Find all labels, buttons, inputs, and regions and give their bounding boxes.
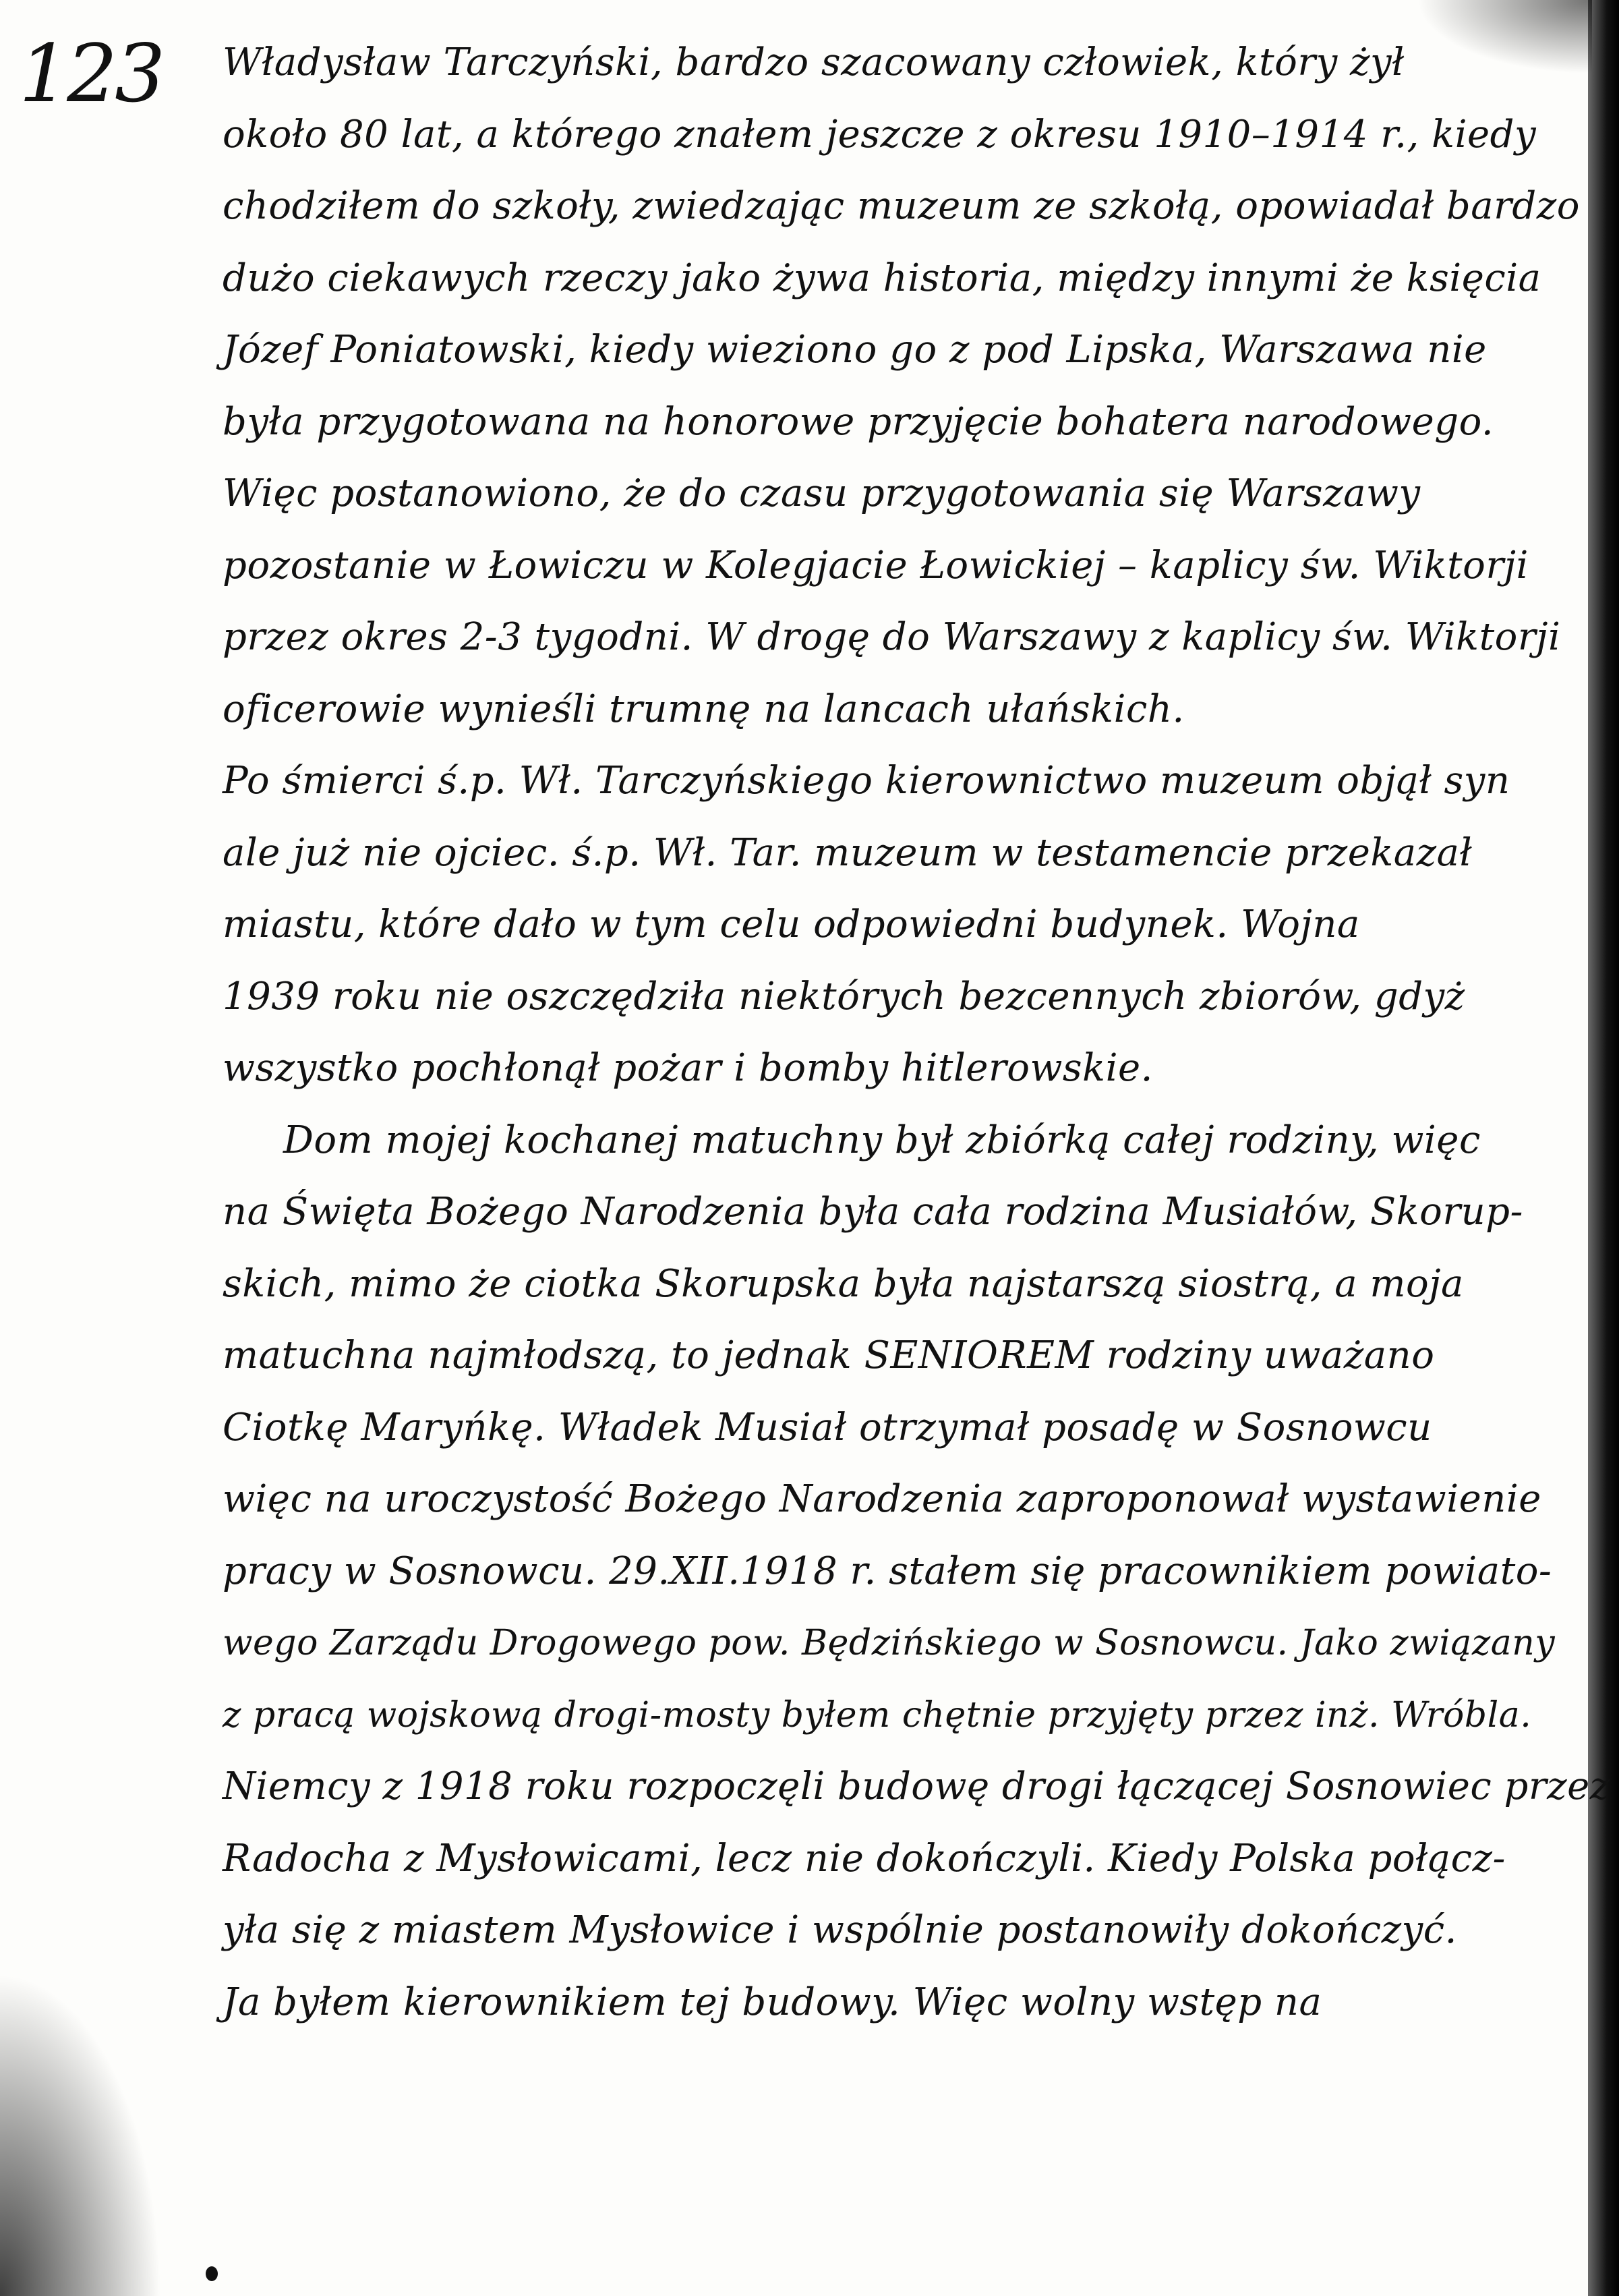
text-line: Ciotkę Maryńkę. Władek Musiał otrzymał p… — [223, 1392, 1537, 1464]
text-line: chodziłem do szkoły, zwiedzając muzeum z… — [223, 171, 1537, 243]
scan-smudge — [0, 1972, 162, 2296]
text-line: była przygotowana na honorowe przyjęcie … — [223, 386, 1537, 459]
text-line: wego Zarządu Drogowego pow. Będzińskiego… — [223, 1607, 1537, 1680]
ink-dot-mark — [206, 2266, 218, 2281]
text-line: oficerowie wynieśli trumnę na lancach uł… — [223, 674, 1537, 746]
text-line: Ja byłem kierownikiem tej budowy. Więc w… — [223, 1967, 1537, 2039]
text-line: pozostanie w Łowiczu w Kolegjacie Łowick… — [223, 530, 1537, 602]
page-number: 123 — [19, 27, 163, 120]
text-line: około 80 lat, a którego znałem jeszcze z… — [223, 99, 1537, 171]
text-line: yła się z miastem Mysłowice i wspólnie p… — [223, 1895, 1537, 1967]
text-line: Niemcy z 1918 roku rozpoczęli budowę dro… — [223, 1751, 1537, 1823]
text-line: Radocha z Mysłowicami, lecz nie dokończy… — [223, 1823, 1537, 1895]
text-line: na Święta Bożego Narodzenia była cała ro… — [223, 1176, 1537, 1249]
text-line: więc na uroczystość Bożego Narodzenia za… — [223, 1464, 1537, 1536]
text-line: wszystko pochłonął pożar i bomby hitlero… — [223, 1033, 1537, 1105]
text-line: przez okres 2-3 tygodni. W drogę do Wars… — [223, 602, 1537, 674]
manuscript-page: 123 Władysław Tarczyński, bardzo szacowa… — [0, 0, 1619, 2296]
scan-dark-edge — [1588, 0, 1619, 2296]
text-line: Władysław Tarczyński, bardzo szacowany c… — [223, 27, 1537, 99]
text-line: Więc postanowiono, że do czasu przygotow… — [223, 458, 1537, 530]
text-line: Józef Poniatowski, kiedy wieziono go z p… — [223, 314, 1537, 386]
text-line: dużo ciekawych rzeczy jako żywa historia… — [223, 243, 1537, 315]
handwritten-text-body: Władysław Tarczyński, bardzo szacowany c… — [223, 27, 1537, 2038]
text-line-paragraph-start: Dom mojej kochanej matuchny był zbiórką … — [223, 1105, 1537, 1177]
text-line: ale już nie ojciec. ś.p. Wł. Tar. muzeum… — [223, 817, 1537, 890]
text-line: z pracą wojskową drogi-mosty byłem chętn… — [223, 1680, 1537, 1752]
text-line: 1939 roku nie oszczędziła niektórych bez… — [223, 961, 1537, 1033]
text-line: matuchna najmłodszą, to jednak SENIOREM … — [223, 1320, 1537, 1392]
text-line: Po śmierci ś.p. Wł. Tarczyńskiego kierow… — [223, 745, 1537, 817]
text-line: miastu, które dało w tym celu odpowiedni… — [223, 889, 1537, 961]
text-line: pracy w Sosnowcu. 29.XII.1918 r. stałem … — [223, 1536, 1537, 1608]
text-line: skich, mimo że ciotka Skorupska była naj… — [223, 1249, 1537, 1321]
